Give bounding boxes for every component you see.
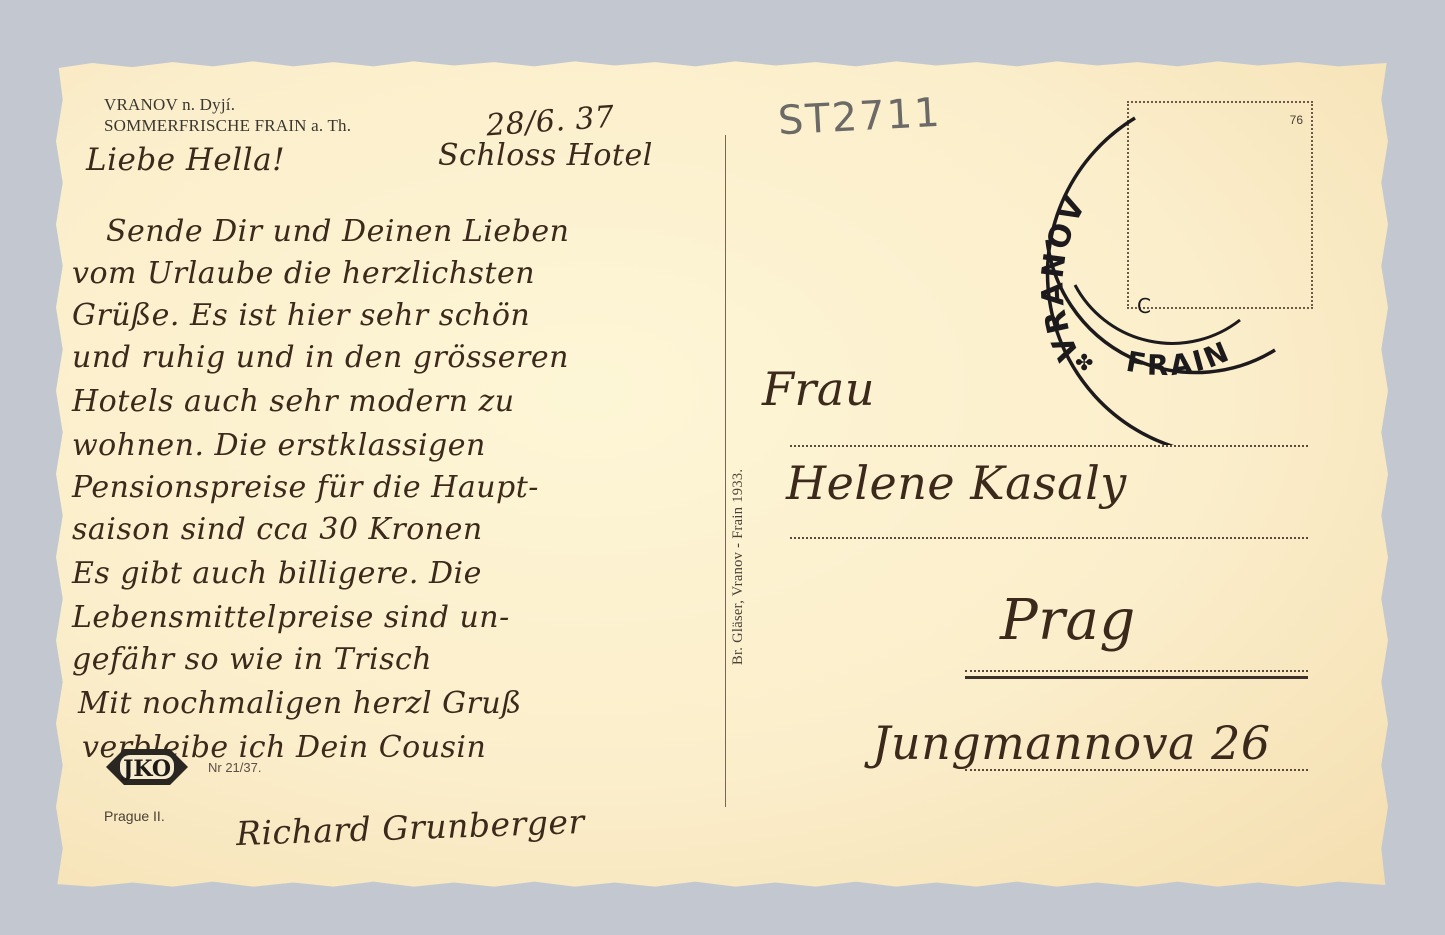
message-line: und ruhig und in den grösseren (72, 340, 569, 375)
message-line: gefähr so wie in Trisch (72, 642, 432, 677)
printer-logo-text: JKO (121, 756, 171, 782)
address-line-3 (965, 670, 1308, 672)
header-line-1: VRANOV n. Dyjí. (104, 94, 351, 115)
message-line: Lebensmittelpreise sind un- (72, 600, 510, 635)
stamp-box-number: 76 (1290, 113, 1303, 127)
address-line-1 (790, 445, 1308, 447)
address-city-underline (965, 676, 1308, 679)
center-divider (725, 135, 726, 807)
catalog-note: ST2711 (777, 90, 943, 145)
message-line: vom Urlaube die herzlichsten (72, 256, 535, 291)
address-name: Helene Kasaly (786, 456, 1127, 510)
message-line: Es gibt auch billigere. Die (72, 556, 482, 591)
printed-header: VRANOV n. Dyjí. SOMMERFRISCHE FRAIN a. T… (104, 94, 351, 136)
message-line: Mit nochmaligen herzl Gruß (78, 686, 522, 721)
stamp-box: 76 (1127, 101, 1313, 309)
message-line: wohnen. Die erstklassigen (72, 428, 486, 463)
message-line: Hotels auch sehr modern zu (72, 384, 515, 419)
message-line: saison sind cca 30 Kronen (72, 512, 483, 547)
message-line: Pensionspreise für die Haupt- (72, 470, 539, 505)
address-line-4 (965, 769, 1308, 771)
hotel-note: Schloss Hotel (438, 138, 653, 173)
message-line: Grüße. Es ist hier sehr schön (72, 298, 530, 333)
series-number: Nr 21/37. (208, 760, 261, 775)
publisher-imprint: Br. Gläser, Vranov - Frain 1933. (730, 469, 747, 665)
message-line: Sende Dir und Deinen Lieben (106, 214, 569, 249)
address-street: Jungmannova 26 (872, 716, 1271, 770)
address-line-2 (790, 537, 1308, 539)
greeting: Liebe Hella! (86, 142, 285, 178)
header-line-2: SOMMERFRISCHE FRAIN a. Th. (104, 115, 351, 136)
address-city: Prag (1000, 588, 1136, 653)
printer-logo-icon: JKO (104, 745, 190, 789)
printer-city: Prague II. (104, 808, 165, 824)
address-salutation: Frau (762, 362, 875, 416)
